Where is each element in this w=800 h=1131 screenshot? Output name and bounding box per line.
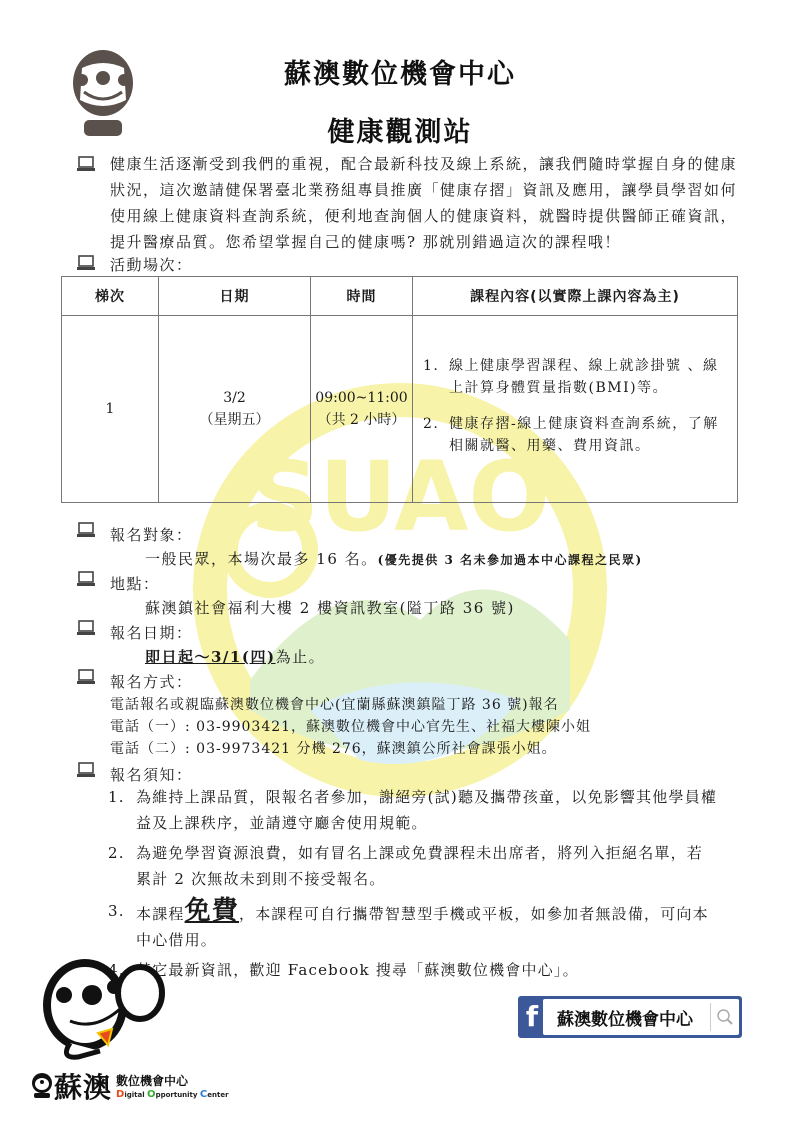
note-item: 2.為避免學習資源浪費，如有冒名上課或免費課程未出席者，將列入拒絕名單，若累計 …	[108, 840, 718, 892]
table-row: 1 3/2 （星期五） 09:00~11:00 （共 2 小時） 1.線上健康學…	[62, 316, 738, 503]
logo-main-text: 蘇澳	[54, 1066, 112, 1106]
org-logo: 蘇澳 數位機會中心 Digital Opportunity Center	[30, 1066, 229, 1106]
audience-priority-note: (優先提供 3 名未參加過本中心課程之民眾)	[378, 553, 643, 567]
registration-deadline: 即日起～3/1(四)	[145, 648, 276, 666]
superhero-mascot-icon	[30, 955, 180, 1060]
sessions-label: 活動場次：	[110, 254, 193, 275]
weekday-value: （星期五）	[160, 409, 309, 431]
content-item-number: 2.	[423, 413, 449, 457]
col-header-date: 日期	[159, 277, 311, 316]
logo-en-c-rest: enter	[207, 1091, 228, 1099]
session-content: 1.線上健康學習課程、線上就診掛號 、線上計算身體質量指數(BMI)等。 2.健…	[413, 316, 738, 503]
note-text: 其它最新資訊，歡迎 Facebook 搜尋「蘇澳數位機會中心」。	[136, 957, 579, 983]
note-text: 為維持上課品質，限報名者參加，謝絕旁(試)聽及攜帶孩童，以免影響其他學員權益及上…	[136, 784, 718, 836]
logo-subtitle: 數位機會中心 Digital Opportunity Center	[116, 1072, 229, 1100]
note-number: 2.	[108, 840, 136, 892]
intro-paragraph: 健康生活逐漸受到我們的重視，配合最新科技及線上系統，讓我們隨時掌握自身的健康 狀…	[110, 151, 750, 255]
logo-en-text: Digital Opportunity Center	[116, 1089, 229, 1100]
audience-label: 報名對象：	[110, 524, 193, 545]
col-header-content: 課程內容(以實際上課內容為主)	[413, 277, 738, 316]
intro-line: 健康生活逐漸受到我們的重視，配合最新科技及線上系統，讓我們隨時掌握自身的健康	[110, 151, 750, 177]
col-header-time: 時間	[311, 277, 413, 316]
logo-en-o-rest: pportunity	[156, 1091, 200, 1099]
table-header-row: 梯次 日期 時間 課程內容(以實際上課內容為主)	[62, 277, 738, 316]
registration-date-text: 即日起～3/1(四)為止。	[145, 646, 325, 667]
intro-line: 提升醫療品質。您希望掌握自己的健康嗎? 那就別錯過這次的課程哦！	[110, 229, 750, 255]
method-line: 電話報名或親臨蘇澳數位機會中心(宜蘭縣蘇澳鎮隘丁路 36 號)報名	[110, 694, 591, 716]
location-text: 蘇澳鎮社會福利大樓 2 樓資訊教室(隘丁路 36 號)	[145, 597, 515, 618]
facebook-search-badge: f 蘇澳數位機會中心	[518, 996, 742, 1038]
computer-bullet-icon	[77, 522, 95, 538]
note-text: 本課程免費，本課程可自行攜帶智慧型手機或平板，如參加者無設備，可向本中心借用。	[136, 898, 718, 953]
phone-line-2: 電話（二）: 03-9973421 分機 276，蘇澳鎮公所社會課張小姐。	[110, 738, 591, 760]
note-item: 3.本課程免費，本課程可自行攜帶智慧型手機或平板，如參加者無設備，可向本中心借用…	[108, 898, 718, 953]
schedule-table: 梯次 日期 時間 課程內容(以實際上課內容為主) 1 3/2 （星期五） 09:…	[61, 276, 738, 503]
col-header-session: 梯次	[62, 277, 159, 316]
note-text: 為避免學習資源浪費，如有冒名上課或免費課程未出席者，將列入拒絕名單，若累計 2 …	[136, 840, 718, 892]
facebook-search-text: 蘇澳數位機會中心	[543, 1005, 710, 1030]
location-label: 地點：	[110, 573, 160, 594]
facebook-icon: f	[521, 999, 543, 1035]
registration-date-label: 報名日期：	[110, 622, 193, 643]
computer-bullet-icon	[77, 255, 95, 271]
registration-suffix: 為止。	[276, 648, 326, 666]
content-item-text: 健康存摺-線上健康資料查詢系統，了解相關就醫、用藥、費用資訊。	[449, 413, 727, 457]
computer-bullet-icon	[77, 571, 95, 587]
logo-en-o: O	[147, 1089, 156, 1100]
org-title: 蘇澳數位機會中心	[0, 52, 800, 91]
time-value: 09:00~11:00	[312, 387, 411, 409]
notes-list: 1.為維持上課品質，限報名者參加，謝絕旁(試)聽及攜帶孩童，以免影響其他學員權益…	[108, 784, 718, 987]
content-item-number: 1.	[423, 355, 449, 399]
duration-value: （共 2 小時）	[312, 409, 411, 431]
computer-bullet-icon	[77, 156, 95, 172]
event-title: 健康觀測站	[0, 110, 800, 149]
computer-bullet-icon	[77, 762, 95, 778]
registration-method-lines: 電話報名或親臨蘇澳數位機會中心(宜蘭縣蘇澳鎮隘丁路 36 號)報名 電話（一）:…	[110, 694, 591, 760]
intro-line: 使用線上健康資料查詢系統，便利地查詢個人的健康資料，就醫時提供醫師正確資訊，	[110, 203, 750, 229]
logo-cn-text: 數位機會中心	[116, 1072, 229, 1089]
free-emphasis: 免費	[185, 896, 239, 926]
content-item: 2.健康存摺-線上健康資料查詢系統，了解相關就醫、用藥、費用資訊。	[423, 413, 727, 457]
note-prefix: 本課程	[136, 905, 185, 923]
content-item: 1.線上健康學習課程、線上就診掛號 、線上計算身體質量指數(BMI)等。	[423, 355, 727, 399]
phone-line-1: 電話（一）: 03-9903421，蘇澳數位機會中心官先生、社福大樓陳小姐	[110, 716, 591, 738]
session-number: 1	[62, 316, 159, 503]
note-item: 1.為維持上課品質，限報名者參加，謝絕旁(試)聽及攜帶孩童，以免影響其他學員權益…	[108, 784, 718, 836]
content-item-text: 線上健康學習課程、線上就診掛號 、線上計算身體質量指數(BMI)等。	[449, 355, 727, 399]
search-icon	[710, 1003, 739, 1031]
logo-en-d-rest: igital	[124, 1091, 147, 1099]
note-number: 1.	[108, 784, 136, 836]
session-date: 3/2 （星期五）	[159, 316, 311, 503]
notes-label: 報名須知：	[110, 764, 193, 785]
note-item: 4.其它最新資訊，歡迎 Facebook 搜尋「蘇澳數位機會中心」。	[108, 957, 718, 983]
mascot-face-icon	[30, 1073, 54, 1099]
note-number: 3.	[108, 898, 136, 953]
date-value: 3/2	[160, 387, 309, 409]
audience-text: 一般民眾，本場次最多 16 名。(優先提供 3 名未參加過本中心課程之民眾)	[145, 548, 643, 569]
audience-main: 一般民眾，本場次最多 16 名。	[145, 550, 378, 568]
registration-method-label: 報名方式：	[110, 671, 193, 692]
facebook-search-field: 蘇澳數位機會中心	[543, 999, 739, 1035]
intro-line: 狀況，這次邀請健保署臺北業務組專員推廣「健康存摺」資訊及應用，讓學員學習如何	[110, 177, 750, 203]
computer-bullet-icon	[77, 669, 95, 685]
computer-bullet-icon	[77, 620, 95, 636]
session-time: 09:00~11:00 （共 2 小時）	[311, 316, 413, 503]
